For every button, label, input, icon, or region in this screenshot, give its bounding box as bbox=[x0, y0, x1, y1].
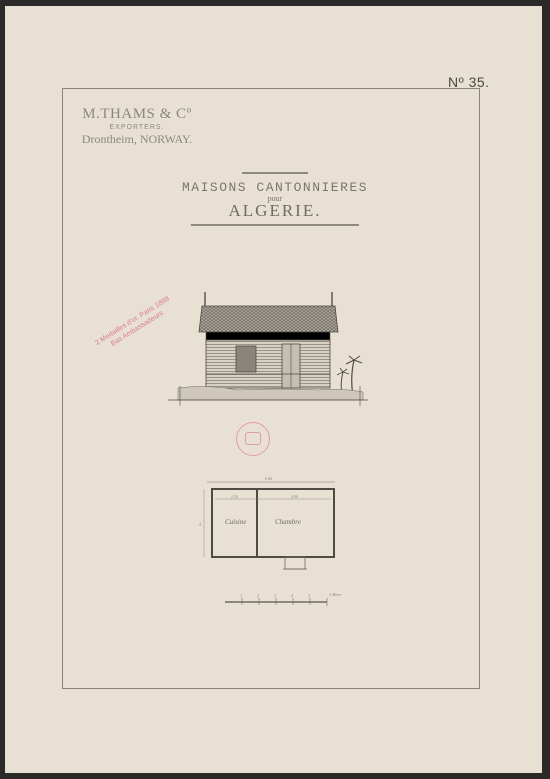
floor-plan: 6.80 2.30 4.00 4 Cuisine Chambre 1 2 3 4… bbox=[195, 474, 375, 614]
seal-emblem bbox=[245, 432, 261, 445]
title-rule-top bbox=[242, 172, 308, 174]
scale-tick: 1 bbox=[240, 593, 242, 598]
title-rule-bottom bbox=[191, 224, 359, 226]
company-header: M.THAMS & Cº EXPORTERS. Drontheim, NORWA… bbox=[72, 106, 202, 147]
scale-tick: 2 bbox=[257, 593, 259, 598]
scale-tick: 4 bbox=[291, 593, 293, 598]
company-subtitle: EXPORTERS. bbox=[72, 124, 202, 131]
side-dimension: 4 bbox=[199, 522, 201, 527]
scale-tick: 3 bbox=[274, 593, 276, 598]
title-line-3: ALGERIE. bbox=[150, 201, 400, 221]
title-line-1: MAISONS CANTONNIERES bbox=[150, 180, 400, 195]
scale-tick: 5 bbox=[308, 593, 310, 598]
house-elevation-drawing bbox=[168, 288, 368, 408]
scale-unit-label: 5 Metre bbox=[329, 592, 342, 597]
kitchen-dimension: 2.30 bbox=[231, 494, 238, 499]
library-seal bbox=[236, 422, 270, 456]
plate-title: MAISONS CANTONNIERES pour ALGERIE. bbox=[150, 172, 400, 226]
bedroom-dimension: 4.00 bbox=[291, 494, 298, 499]
company-location: Drontheim, NORWAY. bbox=[72, 132, 202, 147]
company-name: M.THAMS & Cº bbox=[72, 106, 202, 123]
overall-dimension: 6.80 bbox=[265, 476, 272, 481]
room-label-cuisine: Cuisine bbox=[225, 518, 246, 526]
room-label-chambre: Chambre bbox=[275, 518, 301, 526]
